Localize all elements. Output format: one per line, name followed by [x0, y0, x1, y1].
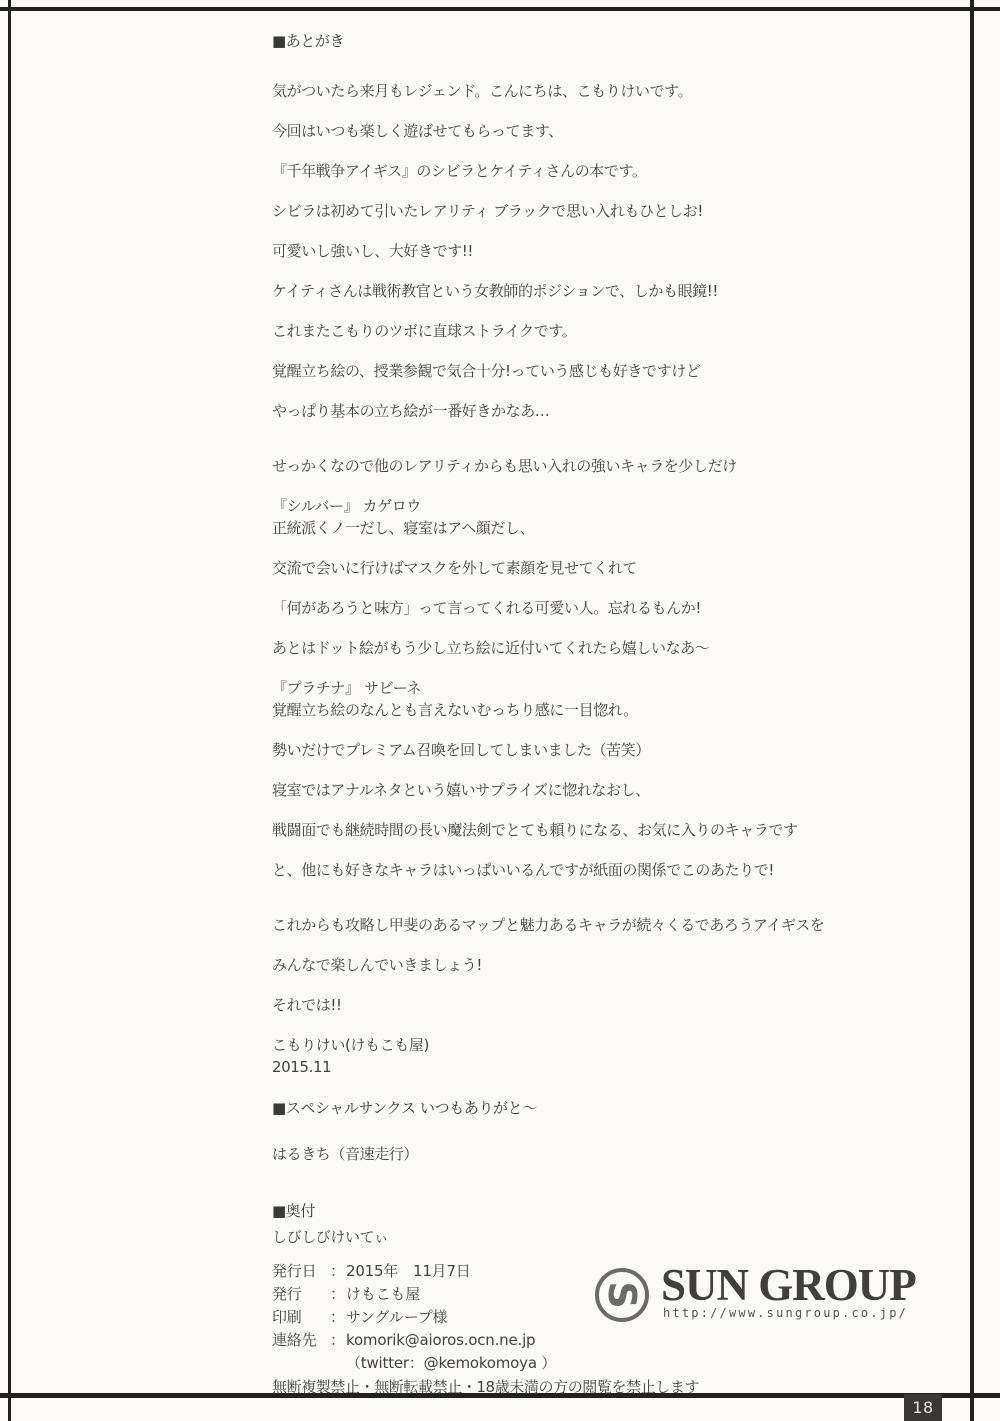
afterword-line: 可愛いし強いし、大好きです!!	[272, 240, 892, 262]
svg-text:S: S	[600, 1281, 644, 1308]
afterword-paragraph: 『千年戦争アイギス』のシビラとケイティさんの本です。	[272, 160, 892, 182]
afterword-line: 勢いだけでプレミアム召喚を回してしまいました（苦笑）	[272, 739, 892, 761]
afterword-line: これからも攻略し甲斐のあるマップと魅力あるキャラが続々くるであろうアイギスを	[272, 914, 892, 936]
afterword-paragraph: これからも攻略し甲斐のあるマップと魅力あるキャラが続々くるであろうアイギスを	[272, 914, 892, 936]
paragraph-spacer	[272, 899, 892, 914]
afterword-line: せっかくなので他のレアリティからも思い入れの強いキャラを少しだけ	[272, 455, 892, 477]
colophon-field-value: サングループ様	[346, 1308, 447, 1326]
afterword-paragraph: 気がついたら来月もレジェンド。こんにちは、こもりけいです。	[272, 80, 892, 102]
colophon-field-colon: ：	[330, 1283, 346, 1306]
sun-group-s-icon: S	[593, 1266, 651, 1324]
sun-group-logo-text-column: SUN GROUP http://www.sungroup.co.jp/	[661, 1262, 916, 1320]
scanned-page: 18 ■あとがき 気がついたら来月もレジェンド。こんにちは、こもりけいです。今回…	[0, 0, 1000, 1421]
colophon-field-value: けもこも屋	[346, 1285, 420, 1303]
afterword-paragraph: こもりけい(けもこも屋)2015.11	[272, 1034, 892, 1078]
colophon-field-value: （twitter：@kemokomoya ）	[346, 1354, 556, 1372]
colophon-field-label: 発行日	[272, 1260, 330, 1283]
afterword-line: みんなで楽しんでいきましょう!	[272, 954, 892, 976]
frame-right-line	[970, 0, 974, 1421]
afterword-section: ■あとがき 気がついたら来月もレジェンド。こんにちは、こもりけいです。今回はいつ…	[272, 30, 892, 1096]
afterword-line: 気がついたら来月もレジェンド。こんにちは、こもりけいです。	[272, 80, 892, 102]
sun-group-logo: S SUN GROUP http://www.sungroup.co.jp/	[593, 1262, 916, 1324]
afterword-line: 『千年戦争アイギス』のシビラとケイティさんの本です。	[272, 160, 892, 182]
afterword-paragraph: 今回はいつも楽しく遊ばせてもらってます、	[272, 120, 892, 142]
afterword-paragraph: と、他にも好きなキャラはいっぱいいるんですが紙面の関係でこのあたりで!	[272, 859, 892, 881]
afterword-line: 正統派くノ一だし、寝室はアヘ顔だし、	[272, 517, 892, 539]
colophon-field-label: 連絡先	[272, 1329, 330, 1352]
afterword-line: やっぱり基本の立ち絵が一番好きかなあ…	[272, 400, 892, 422]
afterword-paragraph: 勢いだけでプレミアム召喚を回してしまいました（苦笑）	[272, 739, 892, 761]
afterword-paragraph: シビラは初めて引いたレアリティ ブラックで思い入れもひとしお!	[272, 200, 892, 222]
afterword-body: 気がついたら来月もレジェンド。こんにちは、こもりけいです。今回はいつも楽しく遊ば…	[272, 80, 892, 1078]
colophon-field-row: 連絡先：komorik@aioros.ocn.ne.jp	[272, 1329, 892, 1352]
afterword-line: 2015.11	[272, 1056, 892, 1078]
colophon-field-value: komorik@aioros.ocn.ne.jp	[346, 1331, 535, 1349]
afterword-paragraph: せっかくなので他のレアリティからも思い入れの強いキャラを少しだけ	[272, 455, 892, 477]
afterword-line: 寝室ではアナルネタという嬉いサプライズに惚れなおし、	[272, 779, 892, 801]
frame-left-line	[8, 0, 11, 1421]
colophon-field-label: 印刷	[272, 1306, 330, 1329]
colophon-field-value: 2015年 11月7日	[346, 1262, 471, 1280]
afterword-line: これまたこもりのツボに直球ストライクです。	[272, 320, 892, 342]
afterword-line: こもりけい(けもこも屋)	[272, 1034, 892, 1056]
sun-group-logo-text: SUN GROUP	[661, 1262, 916, 1308]
afterword-paragraph: 『シルバー』 カゲロウ正統派くノ一だし、寝室はアヘ顔だし、	[272, 495, 892, 539]
afterword-paragraph: 戦闘面でも継続時間の長い魔法剣でとても頼りになる、お気に入りのキャラです	[272, 819, 892, 841]
colophon-field-colon: ：	[330, 1306, 346, 1329]
afterword-paragraph: 『プラチナ』 サビーネ覚醒立ち絵のなんとも言えないむっちり感に一目惚れ。	[272, 677, 892, 721]
afterword-paragraph: 可愛いし強いし、大好きです!!	[272, 240, 892, 262]
afterword-paragraph: 「何があろうと味方」って言ってくれる可愛い人。忘れるもんか!	[272, 597, 892, 619]
afterword-line: 交流で会いに行けばマスクを外して素顔を見せてくれて	[272, 557, 892, 579]
afterword-paragraph: ケイティさんは戦術教官という女教師的ポジションで、しかも眼鏡!!	[272, 280, 892, 302]
special-thanks-section: ■スペシャルサンクス いつもありがと～ はるきち（音速走行）	[272, 1097, 892, 1165]
afterword-line: それでは!!	[272, 994, 892, 1016]
afterword-line: 今回はいつも楽しく遊ばせてもらってます、	[272, 120, 892, 142]
colophon-field-row: （twitter：@kemokomoya ）	[272, 1352, 892, 1375]
afterword-line: 戦闘面でも継続時間の長い魔法剣でとても頼りになる、お気に入りのキャラです	[272, 819, 892, 841]
afterword-line: 『シルバー』 カゲロウ	[272, 495, 892, 517]
afterword-paragraph: 寝室ではアナルネタという嬉いサプライズに惚れなおし、	[272, 779, 892, 801]
colophon-field-label: 発行	[272, 1283, 330, 1306]
colophon-field-colon: ：	[330, 1329, 346, 1352]
afterword-line: 「何があろうと味方」って言ってくれる可愛い人。忘れるもんか!	[272, 597, 892, 619]
afterword-line: 覚醒立ち絵のなんとも言えないむっちり感に一目惚れ。	[272, 699, 892, 721]
afterword-heading: ■あとがき	[272, 30, 892, 52]
paragraph-spacer	[272, 440, 892, 455]
afterword-line: 『プラチナ』 サビーネ	[272, 677, 892, 699]
afterword-paragraph: これまたこもりのツボに直球ストライクです。	[272, 320, 892, 342]
afterword-paragraph: やっぱり基本の立ち絵が一番好きかなあ…	[272, 400, 892, 422]
afterword-paragraph: みんなで楽しんでいきましょう!	[272, 954, 892, 976]
sun-group-url: http://www.sungroup.co.jp/	[663, 1306, 916, 1320]
afterword-line: 覚醒立ち絵の、授業参観で気合十分!っていう感じも好きですけど	[272, 360, 892, 382]
afterword-line: あとはドット絵がもう少し立ち絵に近付いてくれたら嬉しいなあ～	[272, 637, 892, 659]
colophon-field-colon: ：	[330, 1260, 346, 1283]
afterword-paragraph: 覚醒立ち絵の、授業参観で気合十分!っていう感じも好きですけど	[272, 360, 892, 382]
afterword-line: シビラは初めて引いたレアリティ ブラックで思い入れもひとしお!	[272, 200, 892, 222]
colophon-heading: ■奥付	[272, 1200, 892, 1222]
page-number: 18	[904, 1394, 942, 1421]
afterword-paragraph: 交流で会いに行けばマスクを外して素顔を見せてくれて	[272, 557, 892, 579]
frame-top-line	[0, 7, 1000, 11]
afterword-line: と、他にも好きなキャラはいっぱいいるんですが紙面の関係でこのあたりで!	[272, 859, 892, 881]
afterword-paragraph: あとはドット絵がもう少し立ち絵に近付いてくれたら嬉しいなあ～	[272, 637, 892, 659]
book-title: しびしびけいてぃ	[272, 1226, 892, 1248]
afterword-paragraph: それでは!!	[272, 994, 892, 1016]
afterword-line: ケイティさんは戦術教官という女教師的ポジションで、しかも眼鏡!!	[272, 280, 892, 302]
copyright-notice: 無断複製禁止・無断転載禁止・18歳未満の方の閲覧を禁止します	[272, 1376, 892, 1399]
special-thanks-name: はるきち（音速走行）	[272, 1143, 892, 1165]
special-thanks-heading: ■スペシャルサンクス いつもありがと～	[272, 1097, 892, 1119]
